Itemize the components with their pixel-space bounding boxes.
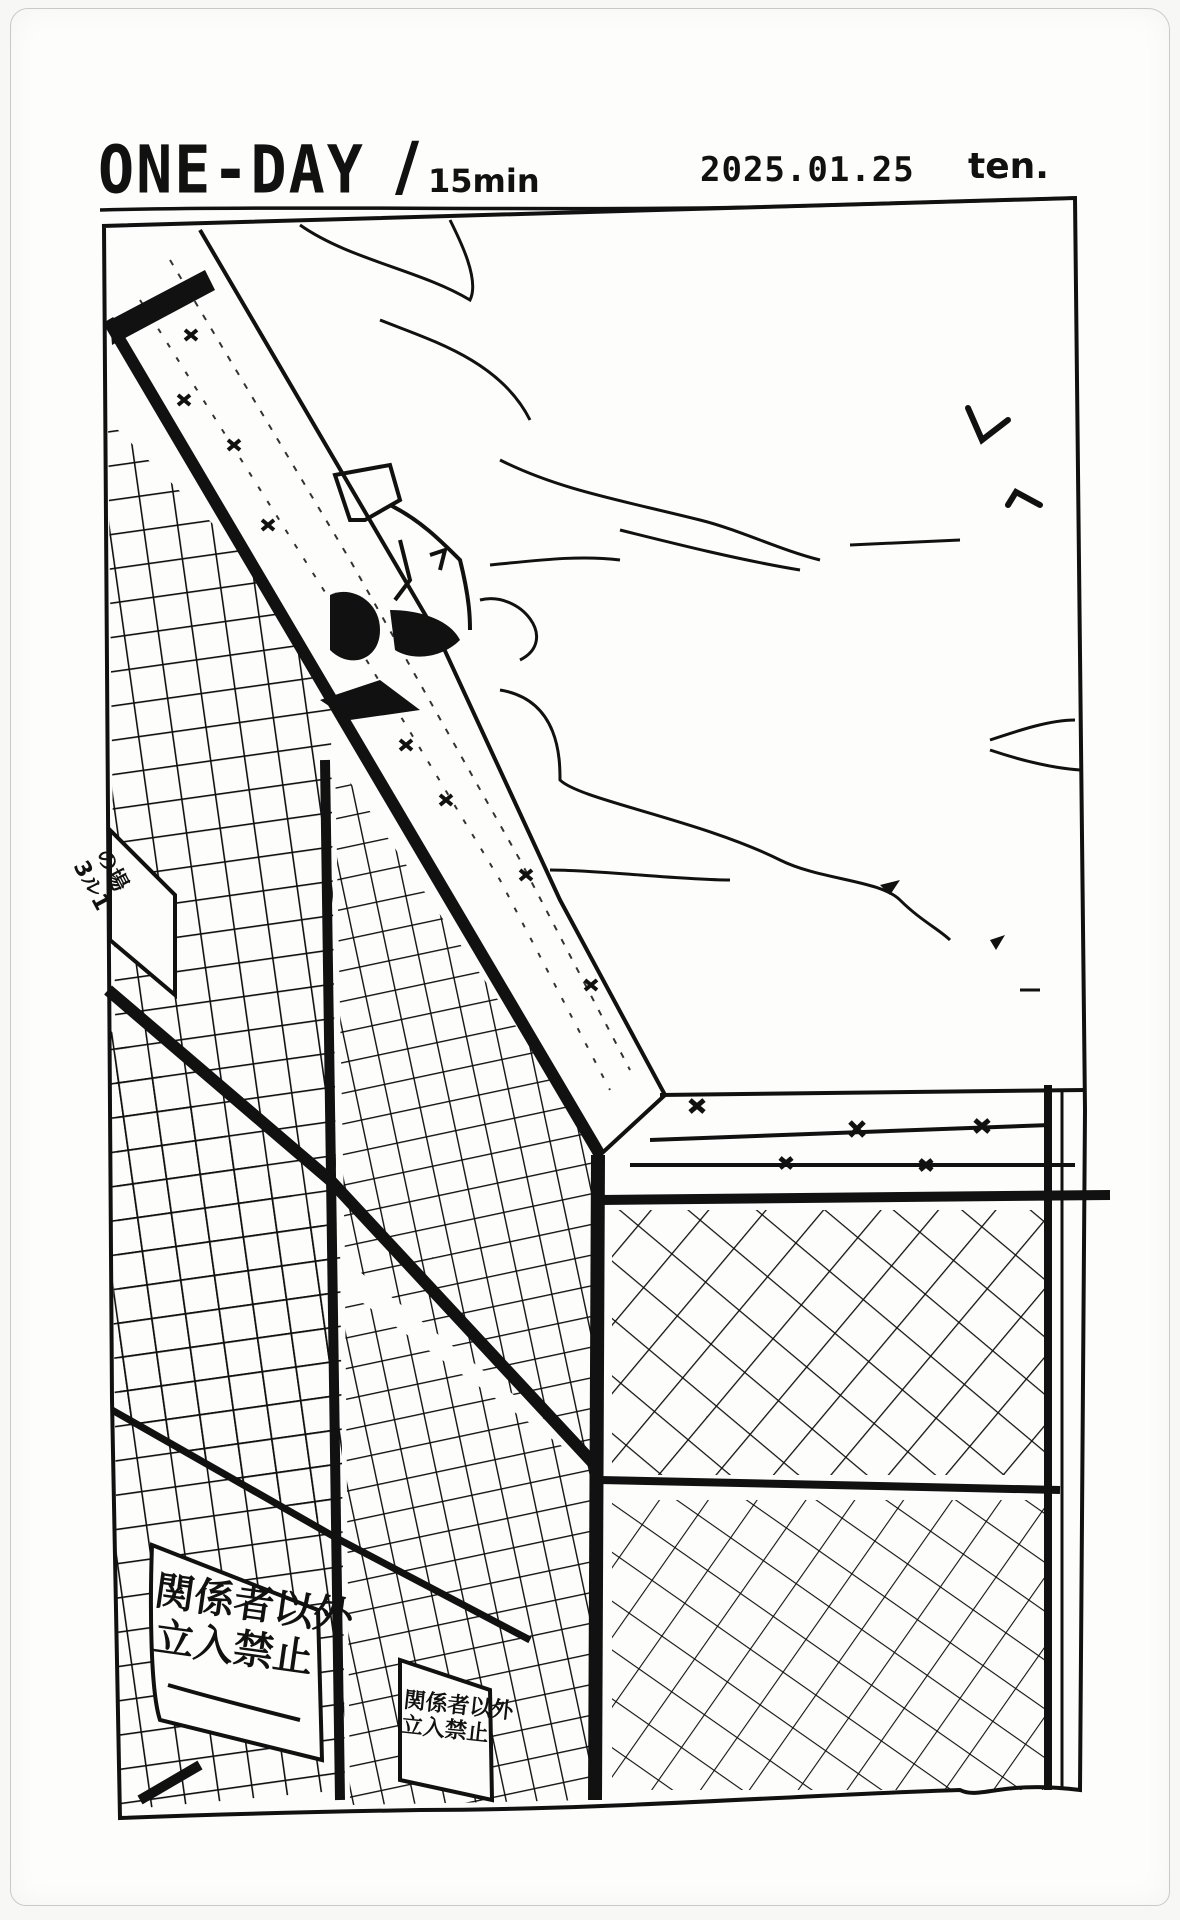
sketch-duration: 15min [428, 162, 540, 200]
sketch-title: ONE-DAY [98, 132, 365, 209]
title-separator: / [395, 128, 419, 205]
artist-signature: ten. [968, 146, 1049, 187]
sketch-date: 2025.01.25 [700, 150, 915, 190]
